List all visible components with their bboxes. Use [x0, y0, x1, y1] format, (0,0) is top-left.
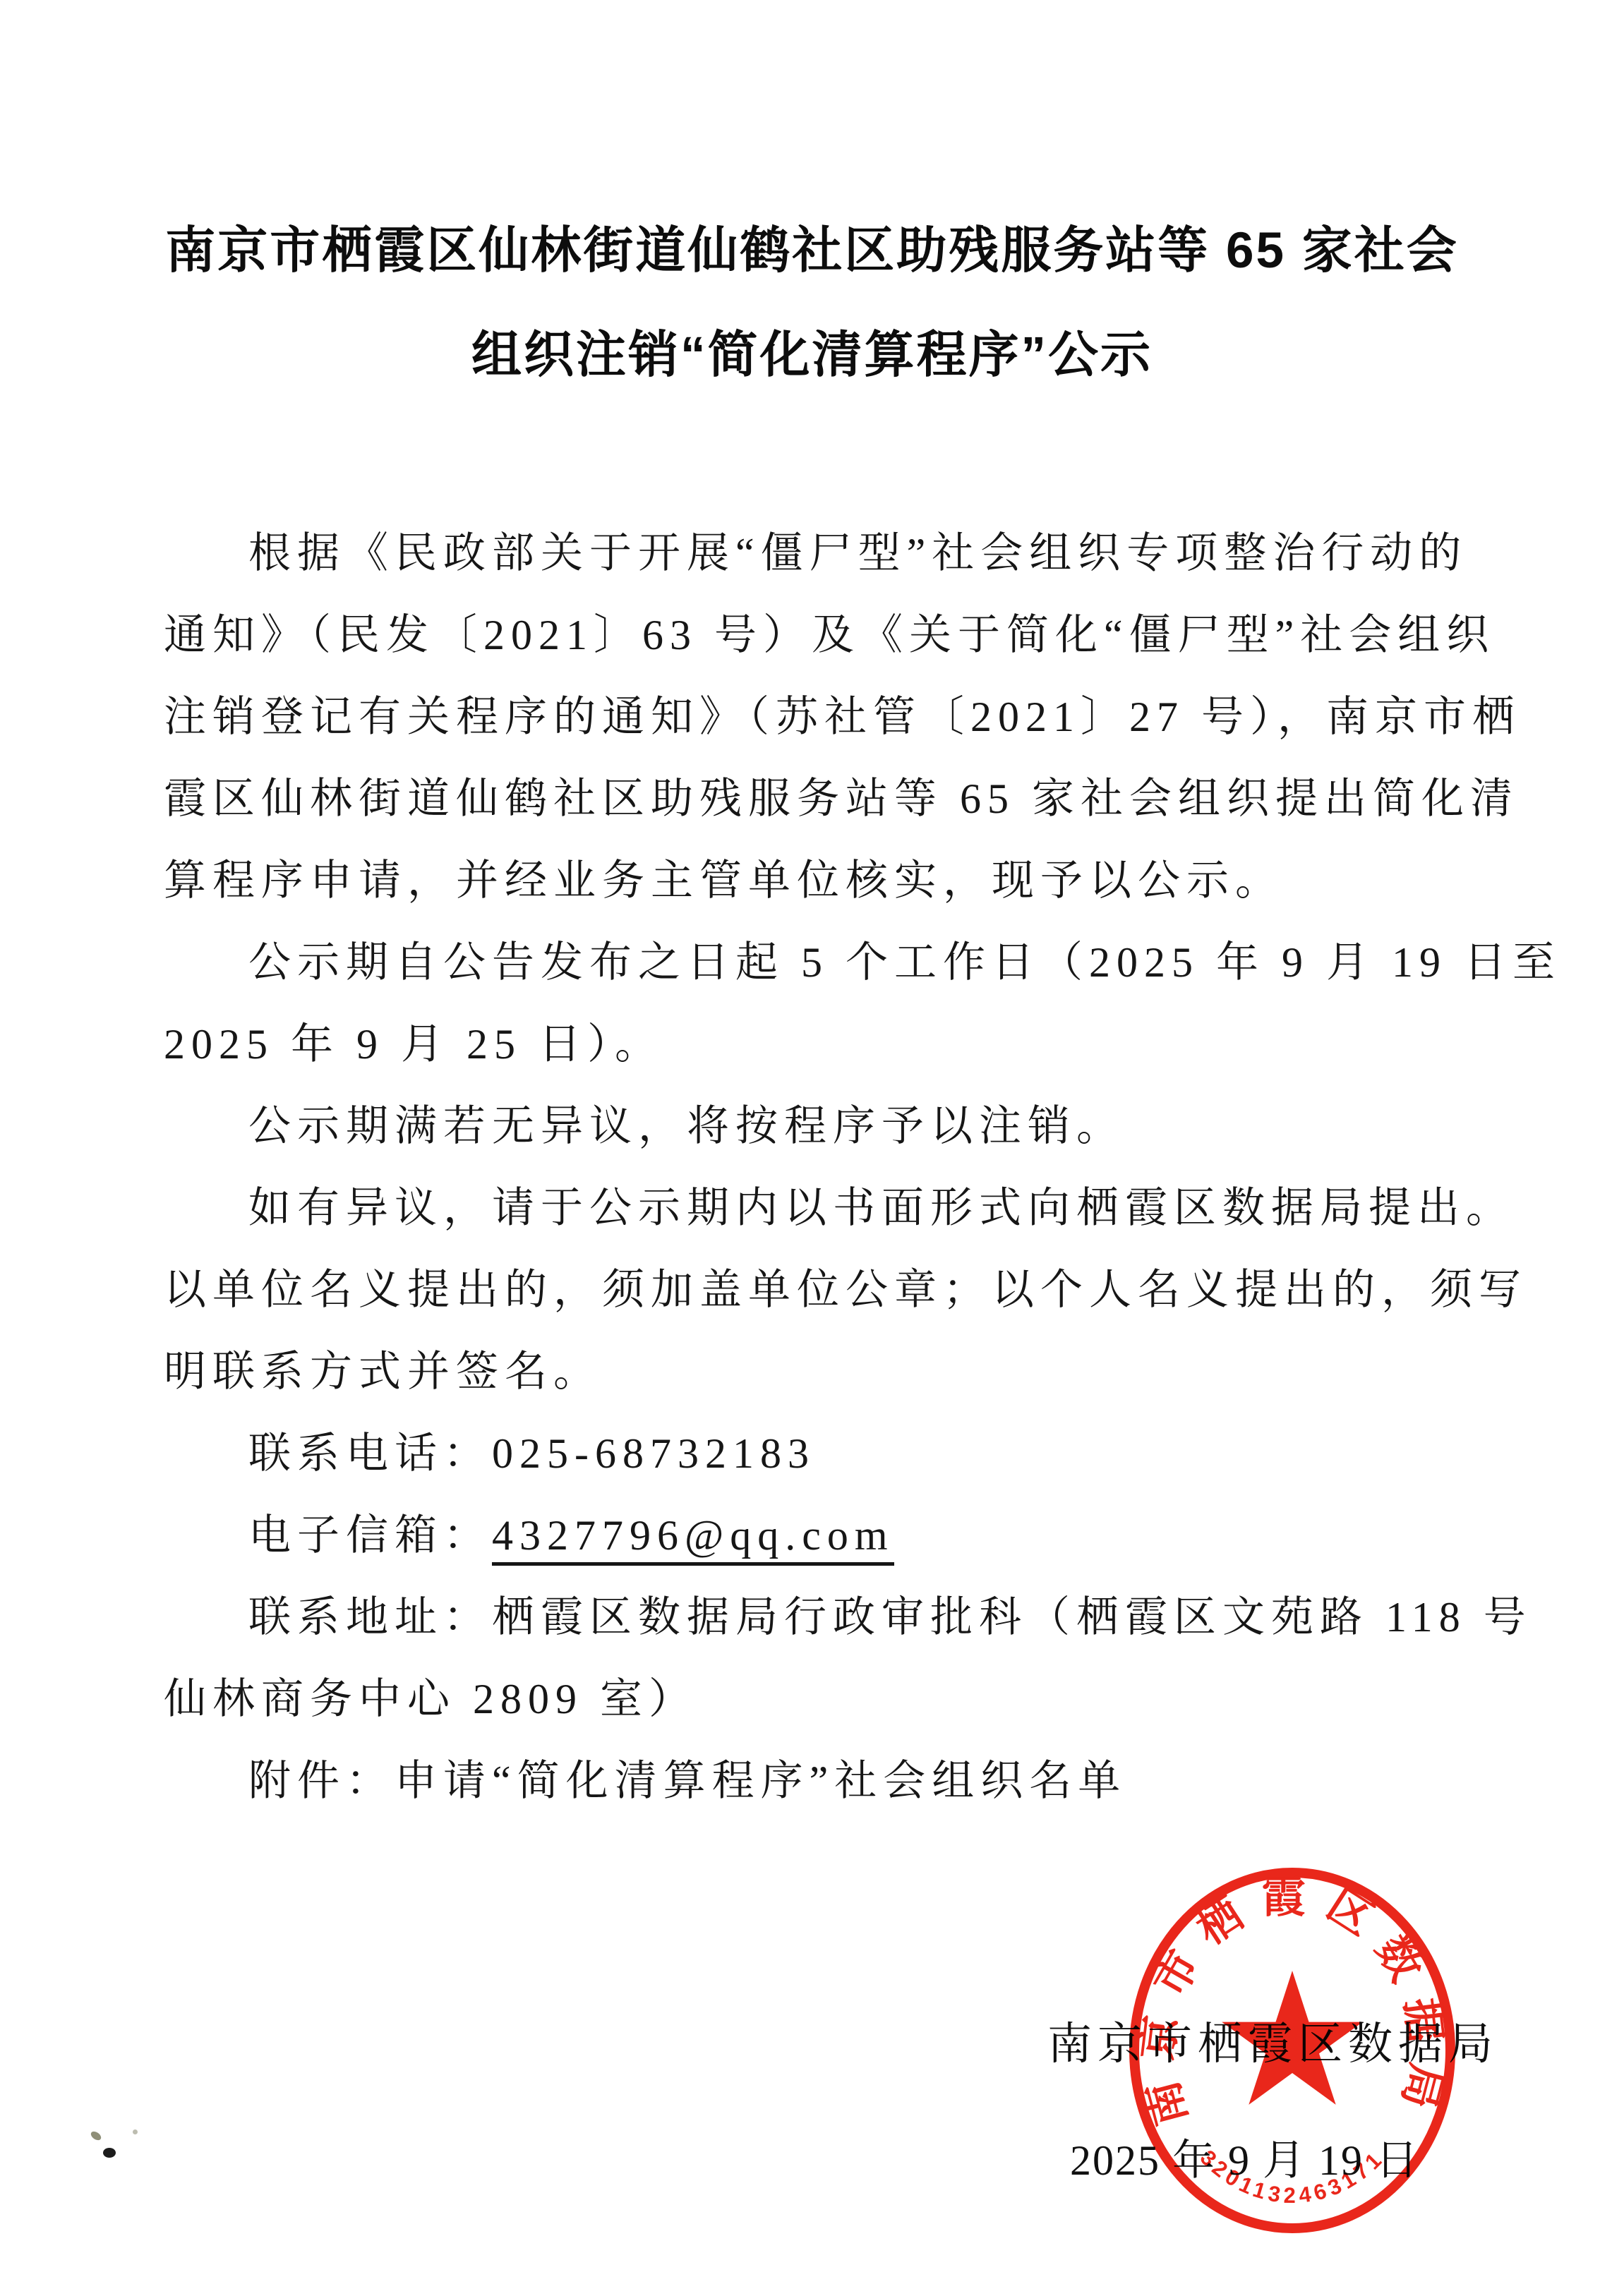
- body-line: 以单位名义提出的，须加盖单位公章；以个人名义提出的，须写: [164, 1263, 1527, 1317]
- body-line-address: 联系地址：栖霞区数据局行政审批科（栖霞区文苑路 118 号: [248, 1590, 1532, 1644]
- document-title-line-1: 南京市栖霞区仙林街道仙鹤社区助残服务站等 65 家社会: [0, 210, 1624, 282]
- ink-speck: [133, 2129, 138, 2134]
- ink-speck: [103, 2148, 116, 2158]
- body-line: 2025 年 9 月 25 日）。: [164, 1017, 663, 1071]
- seal-serial-number: 3201132463171: [1196, 2145, 1389, 2208]
- body-line-phone: 联系电话：025-68732183: [248, 1427, 815, 1480]
- body-line: 注销登记有关程序的通知》（苏社管〔2021〕27 号），南京市栖: [164, 690, 1521, 744]
- body-line: 公示期自公告发布之日起 5 个工作日（2025 年 9 月 19 日至: [248, 936, 1561, 989]
- body-line: 如有异议，请于公示期内以书面形式向栖霞区数据局提出。: [248, 1181, 1515, 1235]
- body-line: 算程序申请，并经业务主管单位核实，现予以公示。: [164, 854, 1284, 907]
- body-line: 根据《民政部关于开展“僵尸型”社会组织专项整治行动的: [248, 526, 1467, 580]
- body-line-email: 电子信箱：4327796@qq.com: [248, 1509, 894, 1562]
- document-title-line-2: 组织注销“简化清算程序”公示: [0, 315, 1624, 387]
- body-line: 公示期满若无异议，将按程序予以注销。: [248, 1099, 1125, 1153]
- email-address: 4327796@qq.com: [492, 1512, 894, 1566]
- email-label: 电子信箱：: [248, 1512, 492, 1559]
- star-icon: [1222, 1971, 1363, 2105]
- body-line: 仙林商务中心 2809 室）: [164, 1672, 697, 1726]
- body-line: 通知》（民发〔2021〕63 号）及《关于简化“僵尸型”社会组织: [164, 608, 1495, 662]
- body-line: 霞区仙林街道仙鹤社区助残服务站等 65 家社会组织提出简化清: [164, 772, 1519, 826]
- ink-speck: [90, 2129, 103, 2141]
- body-line: 明联系方式并签名。: [164, 1345, 602, 1398]
- official-seal-stamp: 南京市栖霞区数据局 3201132463171: [1124, 1863, 1460, 2237]
- body-line-attachment: 附件：申请“简化清算程序”社会组织名单: [248, 1754, 1126, 1808]
- scanned-notice-page: 南京市栖霞区仙林街道仙鹤社区助残服务站等 65 家社会 组织注销“简化清算程序”…: [0, 0, 1624, 2296]
